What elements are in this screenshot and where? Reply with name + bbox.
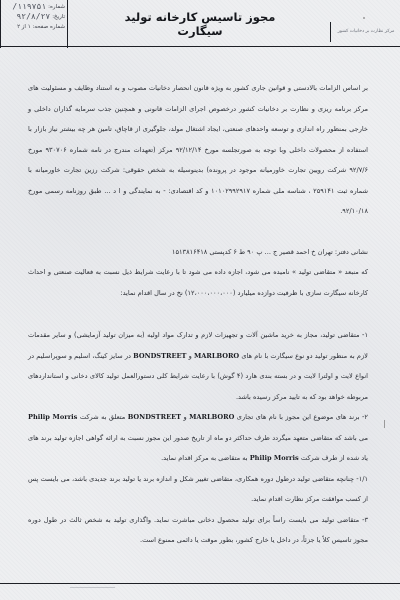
condition-item-2-1: ۱/۱- چنانچه متقاضی تولید درطول دوره همکا… — [28, 469, 368, 510]
document-body: بر اساس الزامات بالادستی و قوانین جاری ک… — [28, 78, 368, 551]
brand-marlboro: MARLBORO — [194, 352, 239, 360]
letter-number-row: شماره: ۱۱۹۷۵۱/ — [1, 2, 67, 12]
condition-2-text-before: ۲- برند های موضوع این مجوز با نام های تج… — [237, 413, 368, 421]
company-philip-morris: Philip Morris — [28, 413, 77, 421]
company-philip-morris: Philip Morris — [250, 454, 299, 462]
issuing-organization: مرکز نظارت بر دخانیات کشور — [330, 22, 400, 42]
letter-number-value: ۱۱۹۷۵۱/ — [12, 2, 46, 12]
margin-mark — [384, 420, 385, 428]
brand-bondstreet: BONDSTREET — [128, 413, 181, 421]
org-emblem-icon — [363, 17, 365, 19]
scan-artifact — [70, 587, 115, 588]
letter-metadata-box: شماره: ۱۱۹۷۵۱/ تاریخ: ۹۲/۸/۲۷ شماره صفحه… — [0, 0, 68, 48]
permission-paragraph: که منبعد « متقاضی تولید » نامیده می شود،… — [28, 262, 368, 303]
letter-date-value: ۹۲/۸/۲۷ — [16, 12, 50, 22]
condition-item-2: ۲- برند های موضوع این مجوز با نام های تج… — [28, 407, 368, 469]
office-address: نشانی دفتر: تهران خ احمد قصیر ج ... پ ۹۰… — [28, 242, 368, 263]
page-count-row: شماره صفحه: ۱ از ۲ — [1, 22, 67, 32]
letter-date-label: تاریخ: — [52, 12, 65, 22]
condition-item-3: ۳- متقاضی تولید می بایست راساً برای تولی… — [28, 510, 368, 551]
spacer — [28, 303, 368, 325]
conjunction: و — [183, 413, 186, 421]
letter-number-label: شماره: — [48, 2, 65, 12]
condition-2-text-mid: متعلق به شرکت — [80, 413, 125, 421]
page-count-label: شماره صفحه: ۱ از ۲ — [17, 22, 65, 32]
intro-paragraph: بر اساس الزامات بالادستی و قوانین جاری ک… — [28, 78, 368, 222]
condition-item-1: ۱- متقاضی تولید، مجاز به خرید ماشین آلات… — [28, 325, 368, 407]
scanned-document-page: شماره: ۱۱۹۷۵۱/ تاریخ: ۹۲/۸/۲۷ شماره صفحه… — [0, 0, 400, 600]
footer-rule — [0, 583, 400, 584]
conjunction: و — [189, 352, 192, 360]
brand-bondstreet: BONDSTREET — [133, 352, 186, 360]
letter-date-row: تاریخ: ۹۲/۸/۲۷ — [1, 12, 67, 22]
brand-marlboro: MARLBORO — [189, 413, 234, 421]
document-header: شماره: ۱۱۹۷۵۱/ تاریخ: ۹۲/۸/۲۷ شماره صفحه… — [0, 0, 400, 47]
document-title: مجوز تاسیس کارخانه تولید سیگارت — [100, 10, 300, 38]
condition-2-text-end: به متقاضی به مرکز اقدام نماید. — [161, 454, 248, 462]
